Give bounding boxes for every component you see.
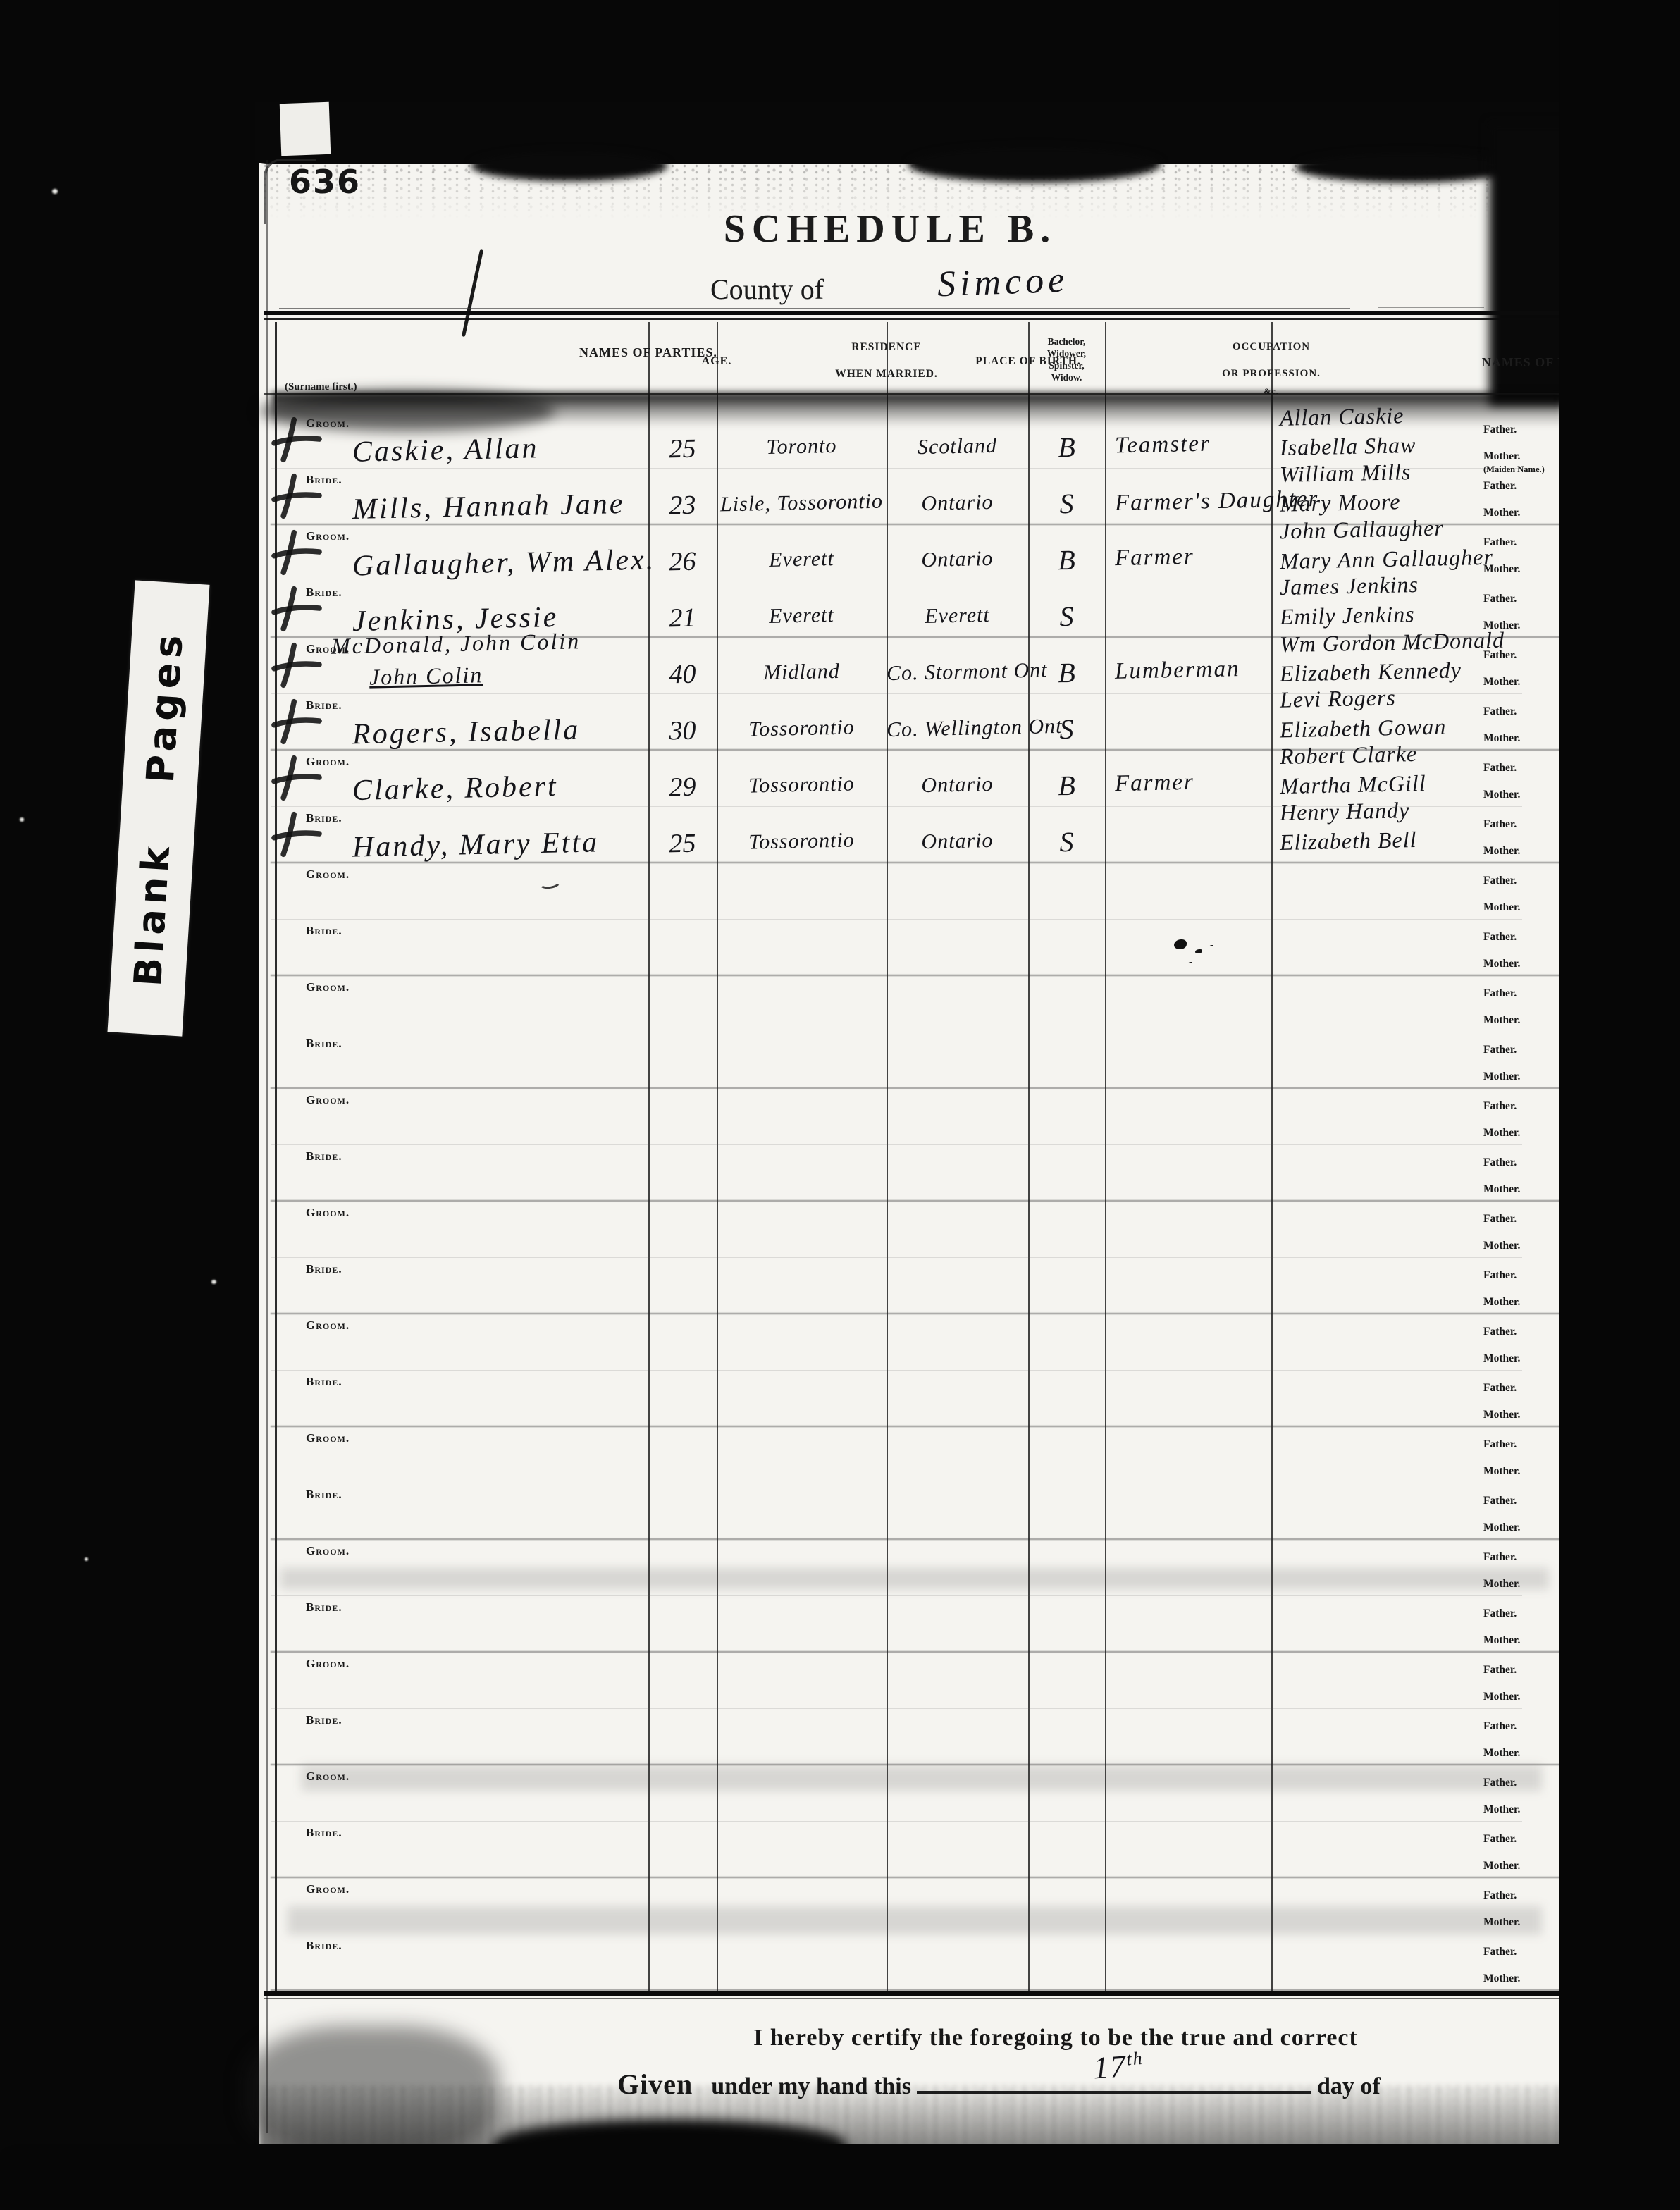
mother-label: Mother.: [1483, 1973, 1520, 1985]
status-value: [1028, 1219, 1105, 1221]
mother-label: Mother.: [1483, 1240, 1520, 1252]
register-row: Bride. Father. Mother.: [259, 1258, 1564, 1314]
table-bottom-rule: [264, 1991, 1566, 1996]
top-rule: [264, 311, 1566, 315]
row-role-label: Groom.: [306, 1544, 350, 1558]
residence-value: Tossorontio: [717, 771, 887, 798]
age-value: [648, 884, 717, 885]
header-names-of-parents: NAMES OF PARENTS.: [1271, 331, 1553, 393]
father-name: Levi Rogers: [1280, 684, 1396, 712]
page-top-notch: [280, 102, 331, 156]
residence-value: [717, 1278, 887, 1282]
mother-label: Mother.: [1483, 845, 1520, 858]
dust-speck: [85, 1557, 88, 1561]
scan-streak: [302, 1765, 1542, 1791]
row-role-label: Bride.: [306, 1262, 342, 1276]
residence-value: [717, 1729, 887, 1733]
mother-label: Mother.: [1483, 1634, 1520, 1647]
header-occupation: OCCUPATION OR PROFESSION. &c.: [1105, 331, 1271, 393]
status-value: [1028, 1614, 1105, 1615]
film-right-edge: [1559, 0, 1680, 2210]
row-role-label: Bride.: [306, 924, 342, 938]
age-value: [648, 1335, 717, 1336]
residence-value: [717, 1335, 887, 1338]
father-label: Father.: [1483, 536, 1517, 549]
birthplace-value: Ontario: [887, 546, 1029, 573]
birthplace-value: Ontario: [887, 828, 1029, 855]
residence-value: Everett: [717, 545, 887, 573]
mother-label: Mother.: [1483, 1521, 1520, 1534]
residence-value: [717, 1899, 887, 1902]
father-name: James Jenkins: [1280, 572, 1419, 600]
father-label: Father.: [1483, 1889, 1517, 1902]
occupation-value: Farmer: [1115, 770, 1195, 797]
father-name: Wm Gordon McDonald: [1280, 627, 1505, 658]
register-row: Groom. Father. Mother.: [259, 1653, 1564, 1709]
party-name: Gallaugher, Wm Alex.: [352, 543, 656, 584]
father-label: Father.: [1483, 1382, 1517, 1395]
scan-streak: [280, 1568, 1549, 1589]
father-name: William Mills: [1280, 459, 1412, 488]
mother-label: Mother.: [1483, 1296, 1520, 1309]
residence-value: Toronto: [717, 433, 887, 460]
party-name: Caskie, Allan: [352, 431, 539, 469]
mother-label: Mother.: [1483, 1803, 1520, 1816]
birthplace-value: [887, 1279, 1028, 1282]
row-role-label: Bride.: [306, 698, 342, 712]
row-role-label: Groom.: [306, 1657, 350, 1671]
county-underline-segment: [1378, 307, 1484, 308]
register-row: Bride. Father. Mother.: [259, 1483, 1564, 1540]
scan-streak: [288, 1906, 1542, 1934]
register-row: Groom. Father. Mother.: [259, 976, 1564, 1032]
mother-label: Mother.: [1483, 1747, 1520, 1760]
mother-label: Mother.: [1483, 1352, 1520, 1365]
blank-pages-label: Blank Pages: [125, 629, 192, 987]
register-row: Groom. Father. Mother.: [259, 1427, 1564, 1483]
register-row: Bride. Father. Mother.: [259, 1032, 1564, 1089]
residence-value: [717, 1166, 887, 1169]
residence-value: [717, 1222, 887, 1226]
row-role-label: Groom.: [306, 1431, 350, 1445]
header-age: AGE.: [648, 331, 717, 393]
father-label: Father.: [1483, 762, 1517, 774]
header-residence: RESIDENCE WHEN MARRIED.: [717, 331, 887, 393]
father-label: Father.: [1483, 1495, 1517, 1507]
register-row: Groom. Father. Mother.: [259, 1314, 1564, 1371]
register-row: Bride. Father. Mother.: [259, 1371, 1564, 1427]
row-role-label: Groom.: [306, 1093, 350, 1107]
age-value: 30: [648, 715, 717, 747]
mother-label: Mother.: [1483, 563, 1520, 576]
status-value: S: [1028, 599, 1106, 634]
party-name-secondary: John Colin: [369, 662, 483, 690]
microfilm-scan: Blank Pages 636 SCHEDULE B. County of Si…: [0, 0, 1680, 2210]
top-rule-thin: [264, 318, 1566, 320]
row-role-label: Groom.: [306, 980, 350, 994]
status-value: [1028, 1839, 1105, 1841]
age-value: 25: [648, 827, 717, 860]
father-label: Father.: [1483, 1326, 1517, 1338]
register-row: Groom. Father. Mother.: [259, 863, 1564, 920]
residence-value: [717, 1447, 887, 1451]
age-value: 40: [648, 658, 717, 691]
certify-text: I hereby certify the foregoing to be the…: [612, 2025, 1500, 2051]
birthplace-value: [887, 1054, 1028, 1056]
handwritten-date: 17th: [1092, 2047, 1145, 2087]
status-value: S: [1028, 712, 1106, 746]
father-label: Father.: [1483, 1156, 1517, 1169]
register-page: 636 SCHEDULE B. County of Simcoe NAMES O…: [259, 130, 1584, 2154]
status-value: [1028, 1276, 1105, 1277]
age-value: [648, 1673, 717, 1674]
residence-value: [717, 940, 887, 944]
birthplace-value: [887, 1505, 1028, 1507]
film-bottom-edge: [0, 2144, 1680, 2210]
residence-value: Lisle, Tossorontio: [717, 489, 887, 517]
age-value: [648, 1053, 717, 1054]
page-title: SCHEDULE B.: [259, 206, 1521, 252]
residence-value: [717, 1504, 887, 1507]
party-name: McDonald, John Colin: [331, 628, 581, 659]
birthplace-value: Scotland: [887, 433, 1029, 460]
age-value: [648, 1109, 717, 1111]
birthplace-value: Everett: [887, 603, 1029, 629]
mother-label: Mother.: [1483, 789, 1520, 801]
residence-value: Tossorontio: [717, 715, 887, 742]
father-label: Father.: [1483, 1213, 1517, 1226]
birthplace-value: Ontario: [887, 772, 1029, 798]
party-name: Rogers, Isabella: [352, 713, 581, 752]
status-value: B: [1028, 768, 1106, 803]
age-value: 26: [648, 545, 717, 578]
mother-name: Elizabeth Gowan: [1280, 714, 1447, 743]
register-row: Groom. Father. Mother.: [259, 1202, 1564, 1258]
register-row: Bride. Handy, Mary Etta 25 Tossorontio O…: [259, 807, 1564, 863]
status-value: [1028, 994, 1105, 995]
mother-label: Mother.: [1483, 450, 1520, 463]
birthplace-value: [887, 1335, 1028, 1338]
status-value: [1028, 1501, 1105, 1502]
occupation-value: Farmer: [1115, 544, 1195, 572]
residence-value: Everett: [717, 602, 887, 629]
row-role-label: Groom.: [306, 868, 350, 882]
mother-label: Mother.: [1483, 1183, 1520, 1196]
birthplace-value: [887, 1674, 1028, 1677]
residence-value: [717, 1842, 887, 1846]
birthplace-value: [887, 941, 1028, 944]
father-label: Father.: [1483, 1664, 1517, 1677]
mother-name: Mary Ann Gallaugher: [1280, 544, 1494, 574]
residence-value: Midland: [717, 658, 887, 686]
birthplace-value: [887, 1166, 1028, 1169]
age-value: 23: [648, 489, 717, 521]
handwritten-tick-mark: [462, 249, 483, 337]
row-role-label: Groom.: [306, 529, 350, 543]
mother-label: Mother.: [1483, 1860, 1520, 1872]
father-label: Father.: [1483, 1607, 1517, 1620]
register-row: Groom. Father. Mother.: [259, 1089, 1564, 1145]
row-role-label: Bride.: [306, 1149, 342, 1163]
party-name: Mills, Hannah Jane: [352, 487, 625, 526]
father-name: Allan Caskie: [1280, 402, 1404, 431]
age-value: [648, 940, 717, 942]
row-role-label: Groom.: [306, 1319, 350, 1333]
register-row: Bride. Father. Mother.: [259, 920, 1564, 976]
age-value: [648, 1391, 717, 1393]
residence-value: [717, 1560, 887, 1564]
status-value: [1028, 1557, 1105, 1559]
residence-value: [717, 1617, 887, 1620]
mother-label: Mother.: [1483, 732, 1520, 745]
dust-speck: [211, 1280, 216, 1284]
birthplace-value: [887, 1223, 1028, 1226]
mother-label: Mother.: [1483, 507, 1520, 519]
header-status: Bachelor, Widower, Spinster, Widow.: [1028, 331, 1105, 393]
header-names-of-parties: NAMES OF PARTIES. (Surname first.): [275, 331, 648, 393]
table-bottom-rule-thin: [264, 1998, 1566, 1999]
register-row: Bride. Father. Mother.: [259, 1596, 1564, 1653]
register-row: Bride. Father. Mother.: [259, 1145, 1564, 1202]
status-value: [1028, 1163, 1105, 1164]
birthplace-value: [887, 1448, 1028, 1451]
dust-speck: [20, 817, 24, 822]
party-name: Handy, Mary Etta: [352, 825, 600, 864]
register-row: Bride. Father. Mother.: [259, 1822, 1564, 1878]
mother-name: Mary Moore: [1280, 488, 1401, 517]
birthplace-value: [887, 997, 1028, 1000]
status-value: [1028, 881, 1105, 882]
occupation-value: Lumberman: [1115, 656, 1240, 685]
father-label: Father.: [1483, 1833, 1517, 1846]
age-value: 21: [648, 602, 717, 634]
birthplace-value: [887, 1392, 1028, 1395]
status-value: [1028, 1050, 1105, 1051]
age-value: [648, 1955, 717, 1956]
mother-name: Elizabeth Kennedy: [1280, 657, 1462, 686]
mother-label: Mother.: [1483, 1014, 1520, 1027]
row-role-label: Groom.: [306, 1206, 350, 1220]
birthplace-value: [887, 1561, 1028, 1564]
page-number: 636: [289, 163, 361, 201]
residence-value: [717, 1053, 887, 1056]
birthplace-value: [887, 1110, 1028, 1113]
mother-label: Mother.: [1483, 1127, 1520, 1140]
county-handwritten-value: Simcoe: [937, 259, 1069, 305]
age-value: [648, 1447, 717, 1449]
status-value: B: [1028, 543, 1106, 577]
birthplace-value: Ontario: [887, 490, 1029, 517]
row-role-label: Bride.: [306, 811, 342, 825]
status-value: [1028, 937, 1105, 939]
father-label: Father.: [1483, 1551, 1517, 1564]
row-role-label: Bride.: [306, 1713, 342, 1727]
mother-label: Mother.: [1483, 958, 1520, 970]
age-value: [648, 1899, 717, 1900]
mother-name: Emily Jenkins: [1280, 601, 1415, 630]
status-value: [1028, 1445, 1105, 1446]
county-label: County of: [710, 273, 824, 306]
birthplace-value: [887, 884, 1028, 887]
birthplace-value: Co. Wellington Ont: [887, 715, 1029, 742]
status-value: S: [1028, 825, 1106, 859]
father-label: Father.: [1483, 1044, 1517, 1056]
mother-label: Mother.: [1483, 1465, 1520, 1478]
mother-name: Martha McGill: [1280, 770, 1426, 799]
status-value: [1028, 1727, 1105, 1728]
mother-label: Mother.: [1483, 901, 1520, 914]
father-label: Father.: [1483, 1720, 1517, 1733]
status-value: [1028, 1896, 1105, 1897]
status-value: B: [1028, 655, 1106, 690]
birthplace-value: Co. Stormont Ont: [887, 659, 1029, 686]
status-value: B: [1028, 430, 1106, 464]
status-value: [1028, 1332, 1105, 1333]
row-role-label: Bride.: [306, 586, 342, 600]
father-name: Henry Handy: [1280, 797, 1410, 826]
father-label: Father.: [1483, 424, 1517, 436]
age-value: [648, 1278, 717, 1280]
blank-pages-sticker: Blank Pages: [108, 580, 210, 1036]
residence-value: Tossorontio: [717, 827, 887, 855]
row-role-label: Bride.: [306, 1600, 342, 1615]
age-value: [648, 1166, 717, 1167]
mother-label: Mother.: [1483, 1070, 1520, 1083]
mother-label: Mother.: [1483, 676, 1520, 689]
status-value: [1028, 1952, 1105, 1953]
row-role-label: Groom.: [306, 416, 350, 431]
status-value: [1028, 1106, 1105, 1108]
birthplace-value: [887, 1617, 1028, 1620]
age-value: [648, 996, 717, 998]
residence-value: [717, 1673, 887, 1677]
father-name: John Gallaugher: [1280, 515, 1444, 545]
father-label: Father.: [1483, 480, 1517, 493]
row-role-label: Groom.: [306, 755, 350, 769]
row-role-label: Bride.: [306, 1037, 342, 1051]
father-label: Father.: [1483, 987, 1517, 1000]
residence-value: [717, 884, 887, 887]
row-role-label: Bride.: [306, 1375, 342, 1389]
dust-speck: [52, 189, 58, 194]
header-place-of-birth: PLACE OF BIRTH.: [887, 331, 1028, 393]
residence-value: [717, 1109, 887, 1113]
birthplace-value: [887, 1843, 1028, 1846]
age-value: 29: [648, 771, 717, 803]
residence-value: [717, 1955, 887, 1958]
row-role-label: Bride.: [306, 1939, 342, 1953]
row-role-label: Bride.: [306, 473, 342, 487]
father-name: Robert Clarke: [1280, 741, 1418, 770]
status-value: [1028, 1670, 1105, 1672]
age-value: [648, 1729, 717, 1731]
county-underline: [279, 308, 1350, 309]
father-label: Father.: [1483, 1100, 1517, 1113]
occupation-value: Teamster: [1115, 431, 1211, 459]
register-row: Bride. Father. Mother.: [259, 1709, 1564, 1765]
father-label: Father.: [1483, 931, 1517, 944]
residence-value: [717, 996, 887, 1000]
row-role-label: Bride.: [306, 1488, 342, 1502]
register-row: Bride. Father. Mother.: [259, 1934, 1564, 1991]
father-label: Father.: [1483, 1946, 1517, 1958]
row-role-label: Bride.: [306, 1826, 342, 1840]
status-value: [1028, 1388, 1105, 1390]
father-label: Father.: [1483, 818, 1517, 831]
father-label: Father.: [1483, 593, 1517, 605]
birthplace-value: [887, 1956, 1028, 1958]
father-label: Father.: [1483, 1438, 1517, 1451]
age-value: [648, 1842, 717, 1844]
mother-name: Isabella Shaw: [1280, 432, 1416, 461]
mother-label: Mother.: [1483, 1409, 1520, 1421]
mother-label: Mother.: [1483, 1691, 1520, 1703]
age-value: [648, 1222, 717, 1223]
mother-name: Elizabeth Bell: [1280, 827, 1417, 856]
age-value: [648, 1617, 717, 1618]
birthplace-value: [887, 1899, 1028, 1902]
birthplace-value: [887, 1730, 1028, 1733]
row-role-label: Groom.: [306, 1882, 350, 1896]
party-name: Clarke, Robert: [352, 770, 559, 808]
age-value: [648, 1504, 717, 1505]
father-label: Father.: [1483, 875, 1517, 887]
father-label: Father.: [1483, 649, 1517, 662]
age-value: [648, 1560, 717, 1562]
father-label: Father.: [1483, 705, 1517, 718]
father-label: Father.: [1483, 1269, 1517, 1282]
age-value: 25: [648, 433, 717, 465]
status-value: S: [1028, 486, 1106, 521]
residence-value: [717, 1391, 887, 1395]
